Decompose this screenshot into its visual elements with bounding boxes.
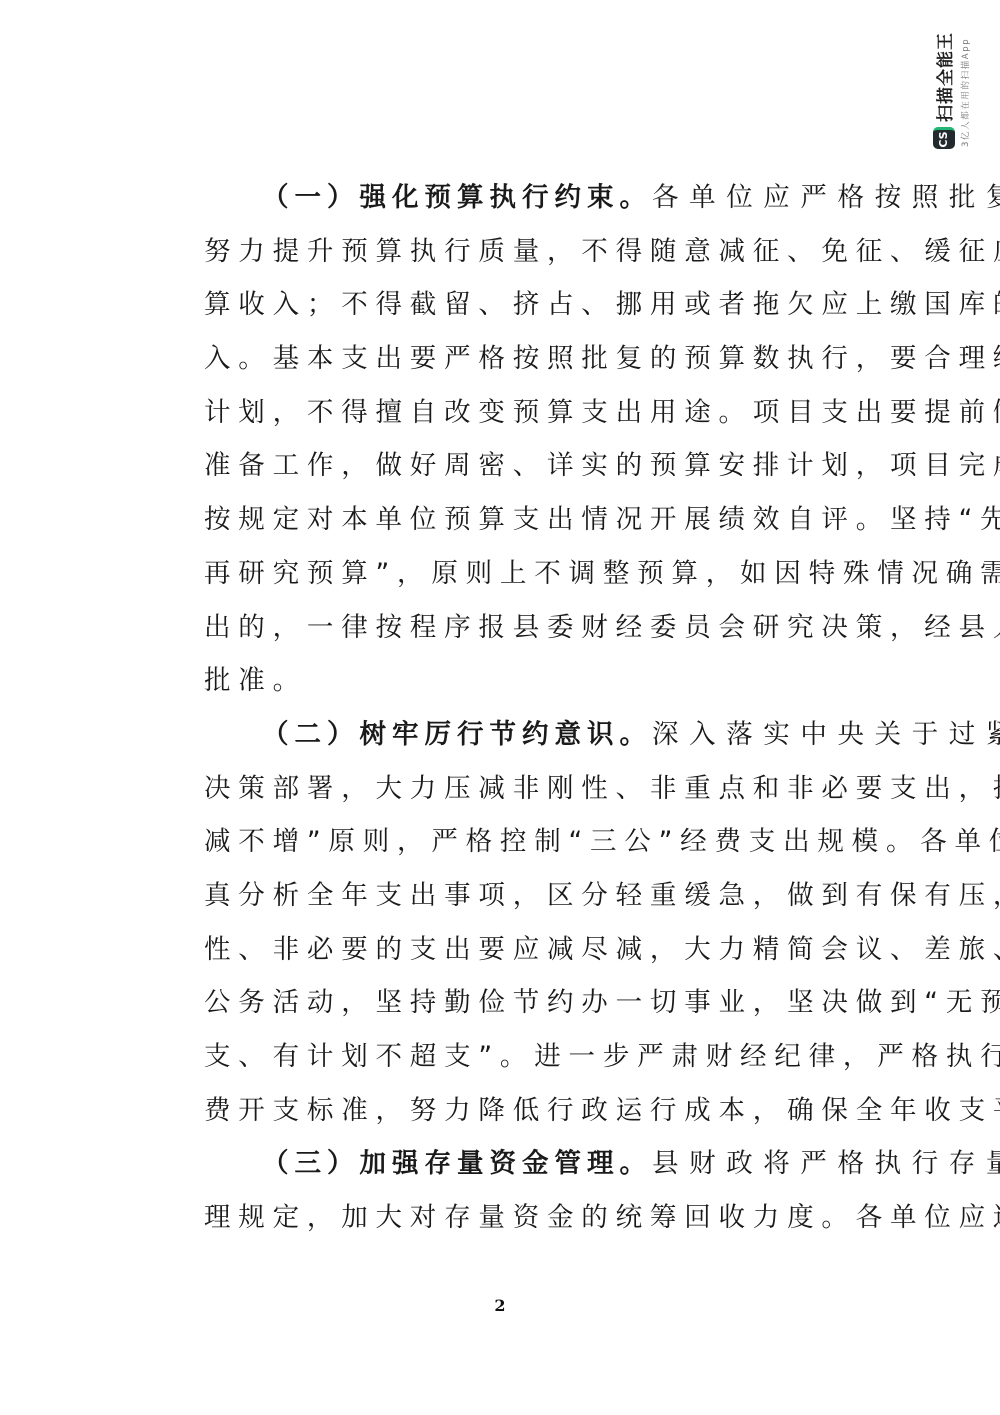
watermark-title: 扫描全能王 (931, 32, 956, 122)
document-body: （一）强化预算执行约束。各单位应严格按照批复要求， 努力提升预算执行质量，不得随… (204, 176, 844, 1250)
body-text: 深入落实中央关于过紧日子的 (652, 719, 1000, 750)
camscanner-watermark: CS 扫描全能王 3亿人都在用的扫描App (908, 0, 998, 150)
text-line: 出的，一律按程序报县委财经委员会研究决策，经县人大审查 (204, 606, 844, 660)
section-2-heading: （二）树牢厉行节约意识。 (262, 719, 652, 750)
section-2-first-line: （二）树牢厉行节约意识。深入落实中央关于过紧日子的 (204, 713, 844, 767)
section-1-heading: （一）强化预算执行约束。 (262, 182, 652, 213)
text-line: 理规定，加大对存量资金的统筹回收力度。各单位应进一步加 (204, 1196, 844, 1250)
text-line: 性、非必要的支出要应减尽减，大力精简会议、差旅、培训等 (204, 928, 844, 982)
text-line: 减不增”原则，严格控制“三公”经费支出规模。各单位应认 (204, 820, 844, 874)
text-line: 决策部署，大力压减非刚性、非重点和非必要支出，按照“只 (204, 767, 844, 821)
watermark-subtitle: 3亿人都在用的扫描App (959, 0, 971, 147)
text-line: 努力提升预算执行质量，不得随意减征、免征、缓征应征的预 (204, 230, 844, 284)
text-line: 按规定对本单位预算支出情况开展绩效自评。坚持“先研究事、 (204, 498, 844, 552)
text-line: 算收入；不得截留、挤占、挪用或者拖欠应上缴国库的预算收 (204, 283, 844, 337)
text-line: 准备工作，做好周密、详实的预算安排计划，项目完成后，应 (204, 444, 844, 498)
text-line: 支、有计划不超支”。进一步严肃财经纪律，严格执行各项经 (204, 1035, 844, 1089)
page-number: 2 (0, 1296, 1000, 1315)
body-text: 县财政将严格执行存量资金清 (652, 1148, 1000, 1179)
text-line: 公务活动，坚持勤俭节约办一切事业，坚决做到“无预算不开 (204, 981, 844, 1035)
section-3-heading: （三）加强存量资金管理。 (262, 1148, 652, 1179)
text-line: 入。基本支出要严格按照批复的预算数执行，要合理编制用款 (204, 337, 844, 391)
text-line: 再研究预算”，原则上不调整预算，如因特殊情况确需追加支 (204, 552, 844, 606)
text-line: 计划，不得擅自改变预算支出用途。项目支出要提前做好启动 (204, 391, 844, 445)
section-3-first-line: （三）加强存量资金管理。县财政将严格执行存量资金清 (204, 1142, 844, 1196)
section-1-first-line: （一）强化预算执行约束。各单位应严格按照批复要求， (204, 176, 844, 230)
scanned-document-page: CS 扫描全能王 3亿人都在用的扫描App （一）强化预算执行约束。各单位应严格… (0, 0, 1000, 1415)
camscanner-logo-icon: CS (933, 127, 955, 149)
body-text: 各单位应严格按照批复要求， (652, 182, 1000, 213)
text-line: 费开支标准，努力降低行政运行成本，确保全年收支平衡。 (204, 1089, 844, 1143)
text-line: 真分析全年支出事项，区分轻重缓急，做到有保有压，对非刚 (204, 874, 844, 928)
text-line: 批准。 (204, 659, 844, 713)
